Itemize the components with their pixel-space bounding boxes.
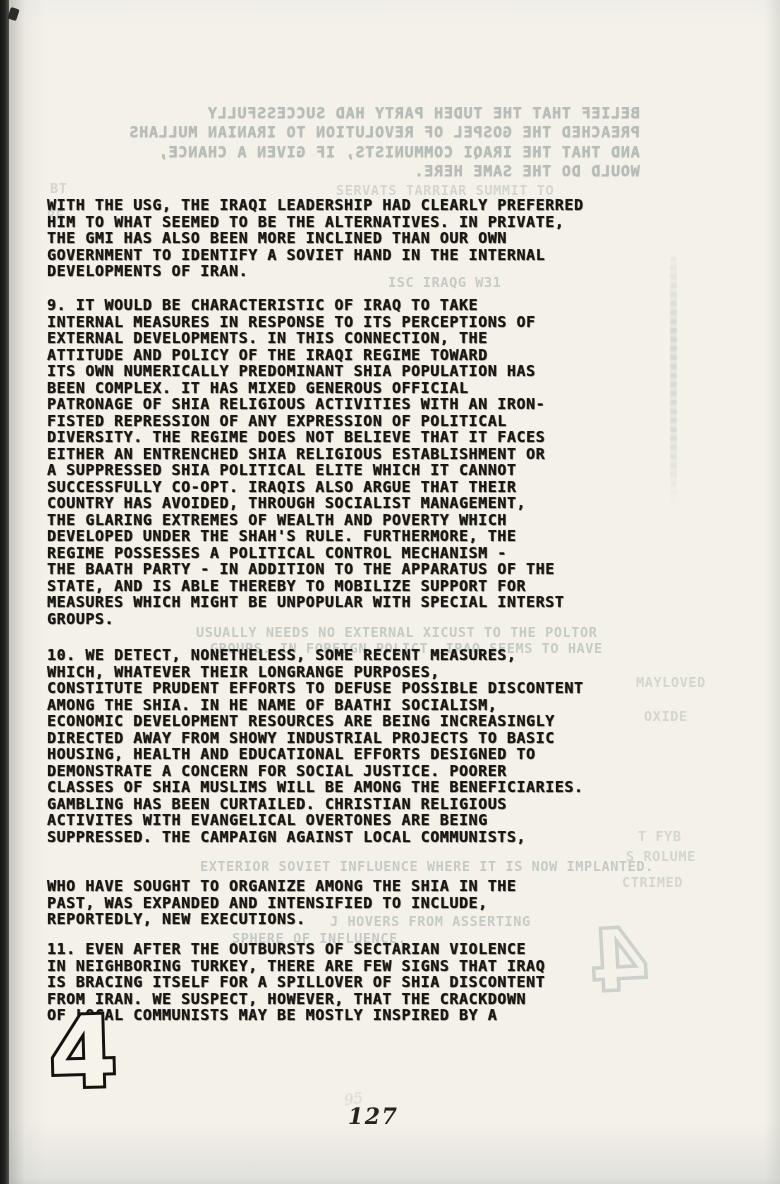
bleedthrough-stamp-4-glyph: 4 [587,909,652,1007]
typed-paragraph-10: 10. WE DETECT, NONETHELESS, SOME RECENT … [47,647,584,845]
scan-edge-right-shadow [764,0,780,1184]
stamp-4-glyph: 4 [48,995,118,1105]
typed-paragraph-10-continued: WHO HAVE SOUGHT TO ORGANIZE AMONG THE SH… [47,878,516,928]
bleedthrough-fragment: USUALLY NEEDS NO EXTERNAL XICUST TO THE … [196,626,597,641]
stamp-4: 4 [43,993,124,1105]
bleedthrough-stamp-4: 4 [583,904,654,1007]
bleedthrough-fragment: T FYB [638,830,682,845]
typed-paragraph-9: 9. IT WOULD BE CHARACTERISTIC OF IRAQ TO… [47,297,564,627]
bleedthrough-fragment: CTRIMED [622,876,683,891]
bleedthrough-fragment: BT [50,182,67,197]
scan-streak [670,256,677,511]
typed-paragraph-11: 11. EVEN AFTER THE OUTBURSTS OF SECTARIA… [47,941,545,1024]
bleedthrough-text-top: BELIEF THAT THE TUDEH PARTY HAD SUCCESSF… [132,104,640,182]
scanned-page: BELIEF THAT THE TUDEH PARTY HAD SUCCESSF… [0,0,780,1184]
page-number: 127 [348,1104,398,1130]
scan-edge-left [0,0,9,1184]
bleedthrough-fragment: OXIDE [644,710,688,725]
bleedthrough-fragment: EXTERIOR SOVIET INFLUENCE WHERE IT IS NO… [200,860,654,875]
bleedthrough-fragment: MAYLOVED [636,676,706,691]
scan-edge-left-shadow [9,0,45,1184]
typed-paragraph-intro: WITH THE USG, THE IRAQI LEADERSHIP HAD C… [47,197,584,280]
